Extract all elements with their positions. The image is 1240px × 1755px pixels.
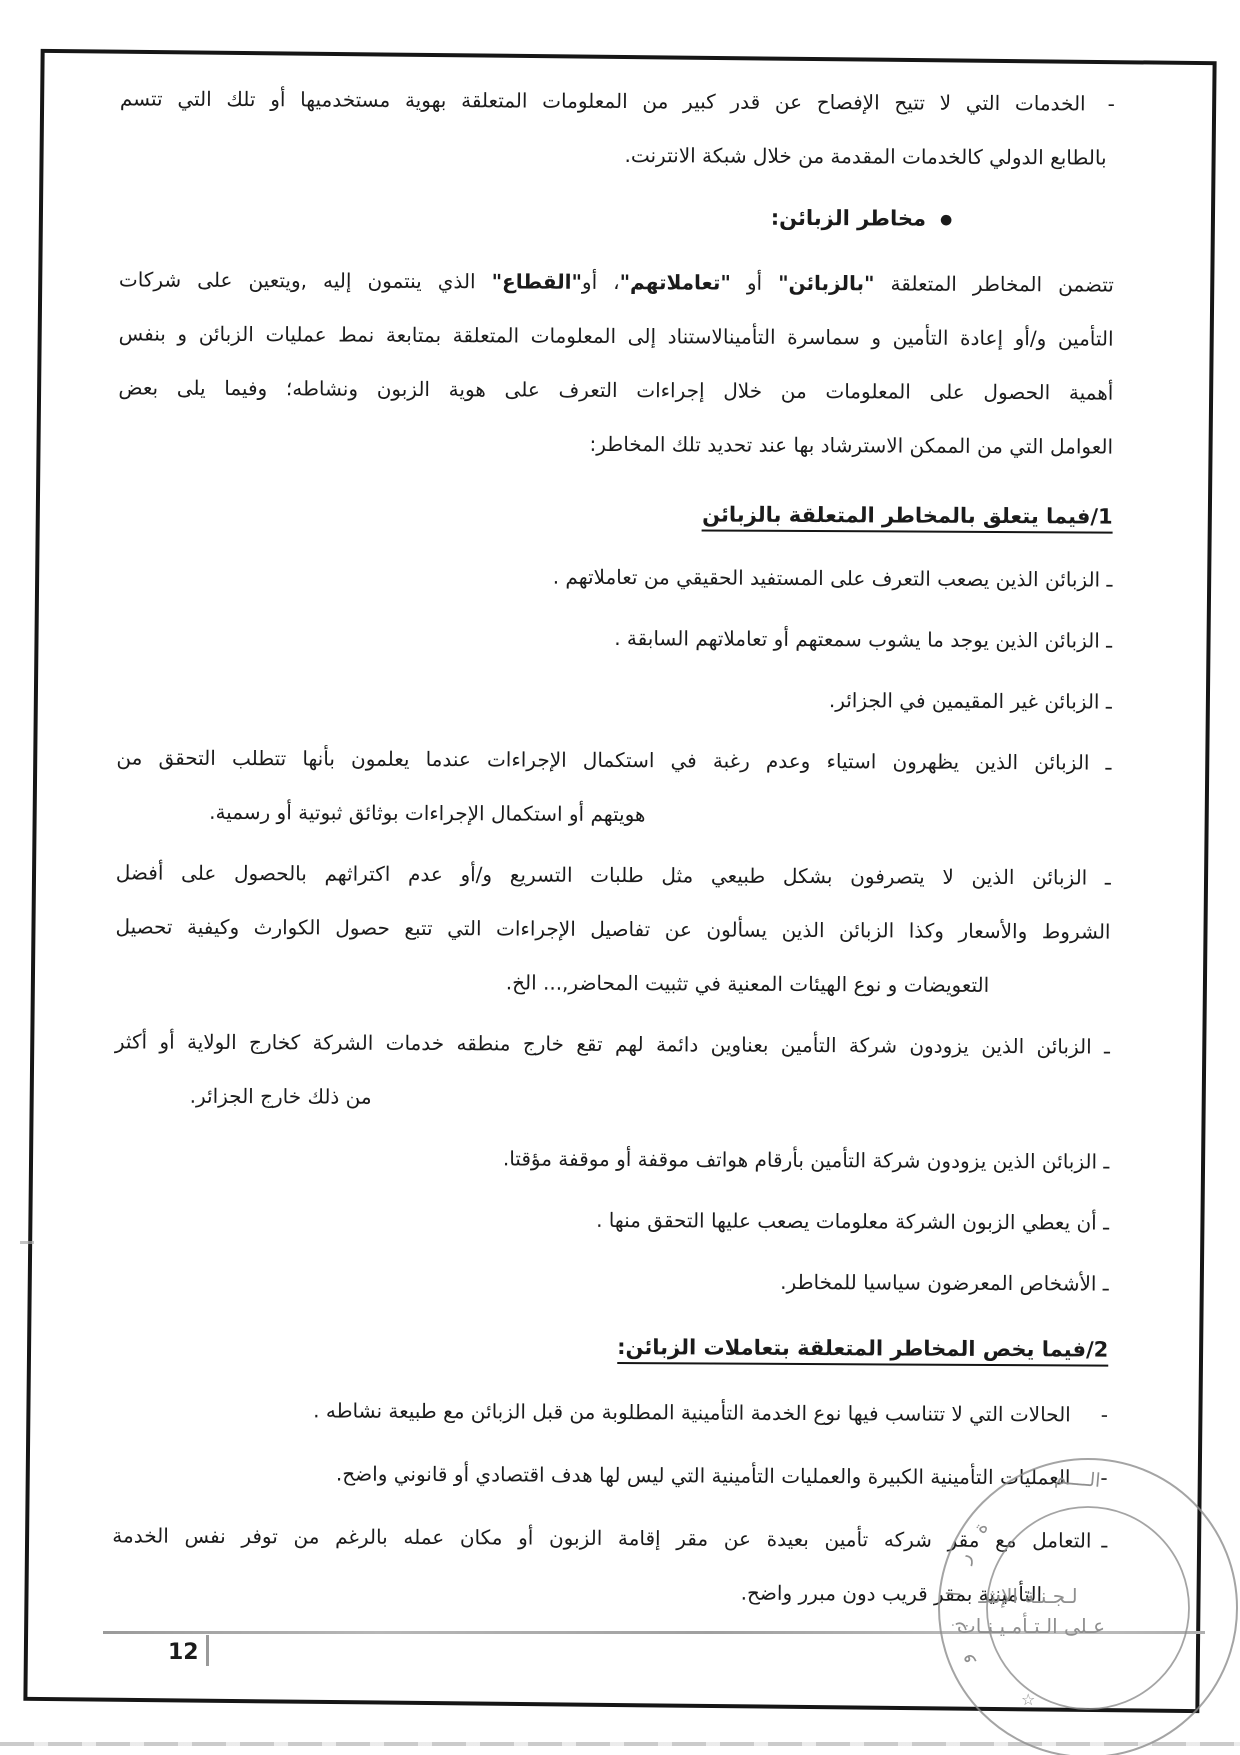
stamp-committee-line-2: عـلى الـتـأمـيـنـات [957, 1612, 1105, 1638]
list-item: ـ أن يعطي الزبون الشركة معلومات يصعب علي… [114, 1190, 1109, 1249]
risks-paragraph-line-1: تتضمن المخاطر المتعلقة "بالزبائن" أو "تع… [119, 252, 1114, 311]
stamp-arc-letter: ة [969, 1517, 993, 1538]
list-item-line: الشروط والأسعار وكذا الزبائن الذين يسألو… [115, 899, 1110, 958]
list-item-line: ـ أن يعطي الزبون الشركة معلومات يصعب علي… [114, 1190, 1109, 1249]
bold-term-customers: "بالزبائن" [778, 271, 874, 296]
list-item-line: ـ الزبائن الذين يوجد ما يشوب سمعتهم أو ت… [117, 608, 1112, 667]
scan-artifact-mark [20, 1241, 34, 1244]
bold-term-sector: "القطاع" [492, 269, 582, 293]
stamp-star-icon: ☆ [1021, 1690, 1035, 1709]
paragraph-text: تتضمن المخاطر المتعلقة [874, 271, 1114, 296]
list-item-line: ـ الزبائن الذين يصعب التعرف على المستفيد… [117, 547, 1112, 606]
list-item: ـ الزبائن الذين يظهرون استياء وعدم رغبة … [116, 730, 1112, 843]
bullet-icon: ● [940, 212, 952, 228]
stamp-arc-letter: و [953, 1652, 977, 1671]
intro-item-line-2: بالطابع الدولي كالخدمات المقدمة من خلال … [119, 125, 1114, 184]
list-item: ـ الزبائن الذين يوجد ما يشوب سمعتهم أو ت… [117, 608, 1112, 667]
intro-item-text: الخدمات التي لا تتيح الإفصاح عن قدر كبير… [120, 86, 1086, 115]
risks-paragraph-line-4: العوامل التي من الممكن الاسترشاد بها عند… [118, 414, 1113, 473]
stamp-arc-word: الــــم [1054, 1466, 1102, 1492]
document-body: -الخدمات التي لا تتيح الإفصاح عن قدر كبي… [112, 71, 1115, 1621]
dash-marker: - [1101, 1388, 1109, 1442]
risks-paragraph: تتضمن المخاطر المتعلقة "بالزبائن" أو "تع… [118, 252, 1114, 473]
stamp-arc-letter: ا [943, 1590, 965, 1597]
customer-risks-heading-text: مخاطر الزبائن: [771, 206, 926, 231]
stamp-inner-circle [987, 1507, 1189, 1709]
section1-heading: 1/فيما يتعلق بالمخاطر المتعلقة بالزبائن [118, 482, 1113, 545]
section2-heading: 2/فيما يخص المخاطر المتعلقة بتعاملات الز… [113, 1315, 1108, 1378]
scanned-document-page: { "document": { "intro_item": { "marker"… [0, 0, 1240, 1755]
list-item-line: التعويضات و نوع الهيئات المعنية في تثبيت… [115, 953, 1110, 1012]
list-item: ـ الزبائن الذين لا يتصرفون بشكل طبيعي مث… [115, 845, 1111, 1012]
page-number: 12 [168, 1640, 199, 1665]
paragraph-text: ، أو [582, 270, 620, 294]
list-item-line: ـ الزبائن الذين لا يتصرفون بشكل طبيعي مث… [116, 845, 1111, 904]
stamp-arc-letter: ر [952, 1550, 976, 1567]
list-item-line: ـ الزبائن الذين يظهرون استياء وعدم رغبة … [116, 730, 1111, 789]
section2-heading-text: 2/فيما يخص المخاطر المتعلقة بتعاملات الز… [617, 1335, 1108, 1367]
list-item: ـ الزبائن الذين يزودون شركة التأمين بعنا… [115, 1014, 1111, 1127]
list-item-line: ـ الزبائن الذين يزودون شركة التأمين بأرق… [114, 1129, 1109, 1188]
list-item-line: ـ الأشخاص المعرضون سياسيا للمخاطر. [114, 1251, 1109, 1310]
list-item-line: من ذلك خارج الجزائر. [115, 1068, 1110, 1127]
list-item: ـ الزبائن الذين يصعب التعرف على المستفيد… [117, 547, 1112, 606]
list-item-line: -الحالات التي لا تتناسب فيها نوع الخدمة … [113, 1382, 1108, 1441]
list-item: ـ الزبائن غير المقيمين في الجزائر. [117, 669, 1112, 728]
list-item: ـ الأشخاص المعرضون سياسيا للمخاطر. [114, 1251, 1109, 1310]
section1-heading-text: 1/فيما يتعلق بالمخاطر المتعلقة بالزبائن [702, 502, 1113, 533]
list-item-line: ـ الزبائن غير المقيمين في الجزائر. [117, 669, 1112, 728]
dash-marker: - [1107, 77, 1115, 131]
risks-paragraph-line-2: التأمين و/أو إعادة التأمين و سماسرة التأ… [118, 306, 1113, 365]
list-item: -الحالات التي لا تتناسب فيها نوع الخدمة … [113, 1382, 1108, 1441]
bold-term-transactions: "تعاملاتهم" [620, 270, 731, 295]
stamp-committee-line-1: لـجـنـة الإشـ [977, 1584, 1077, 1608]
official-stamp: و ز ا ر ة الــــم لـجـنـة الإشـ عـلى الـ… [933, 1455, 1240, 1755]
risks-paragraph-line-3: أهمية الحصول على المعلومات من خلال إجراء… [118, 360, 1113, 419]
customer-risks-heading: ●مخاطر الزبائن: [119, 187, 952, 246]
paragraph-text: أو [731, 271, 778, 295]
intro-item-line-1: -الخدمات التي لا تتيح الإفصاح عن قدر كبي… [120, 71, 1115, 130]
list-item-line: هويتهم أو استكمال الإجراءات بوثائق ثبوتي… [116, 784, 1111, 843]
list-item-line: ـ الزبائن الذين يزودون شركة التأمين بعنا… [115, 1014, 1110, 1073]
paragraph-text: الذي ينتمون إليه ,ويتعين على شركات [119, 267, 492, 293]
list-item-text: الحالات التي لا تتناسب فيها نوع الخدمة ا… [313, 1398, 1071, 1426]
list-item: ـ الزبائن الذين يزودون شركة التأمين بأرق… [114, 1129, 1109, 1188]
page-number-divider [206, 1635, 209, 1666]
